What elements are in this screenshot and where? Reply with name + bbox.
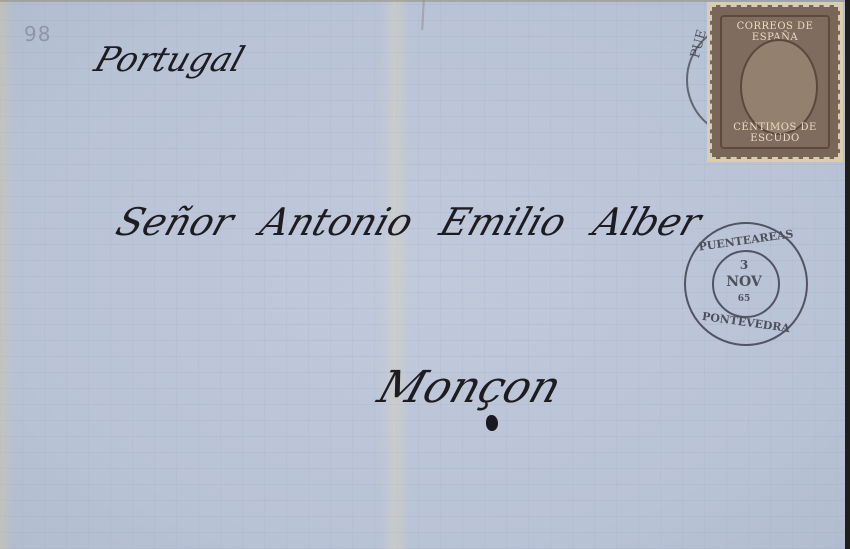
postmark: PUENTEAREAS 3 NOV 65 PONTEVEDRA xyxy=(684,222,808,346)
postmark-day: 3 xyxy=(686,258,802,272)
postage-stamp: CORREOS DE ESPAÑA CÉNTIMOS DE ESCUDO xyxy=(710,5,840,159)
right-edge xyxy=(845,0,850,549)
top-edge xyxy=(0,0,850,2)
postmark-month: NOV xyxy=(686,274,802,290)
stamp-bottom-text: CÉNTIMOS DE ESCUDO xyxy=(722,122,828,144)
postal-letter: 98 Portugal Señor Antonio Emilio Alber M… xyxy=(0,0,850,549)
queen-portrait-icon xyxy=(740,39,818,135)
stamp-frame: CORREOS DE ESPAÑA CÉNTIMOS DE ESCUDO xyxy=(720,15,830,149)
pencil-note: 98 xyxy=(24,22,51,46)
addressee-name: Señor Antonio Emilio Alber xyxy=(111,200,707,244)
destination-city: Monçon xyxy=(372,362,568,413)
ink-blot xyxy=(486,415,498,431)
destination-country: Portugal xyxy=(90,40,250,80)
postmark-year: 65 xyxy=(686,294,802,304)
paper-fold-tear xyxy=(421,0,425,30)
